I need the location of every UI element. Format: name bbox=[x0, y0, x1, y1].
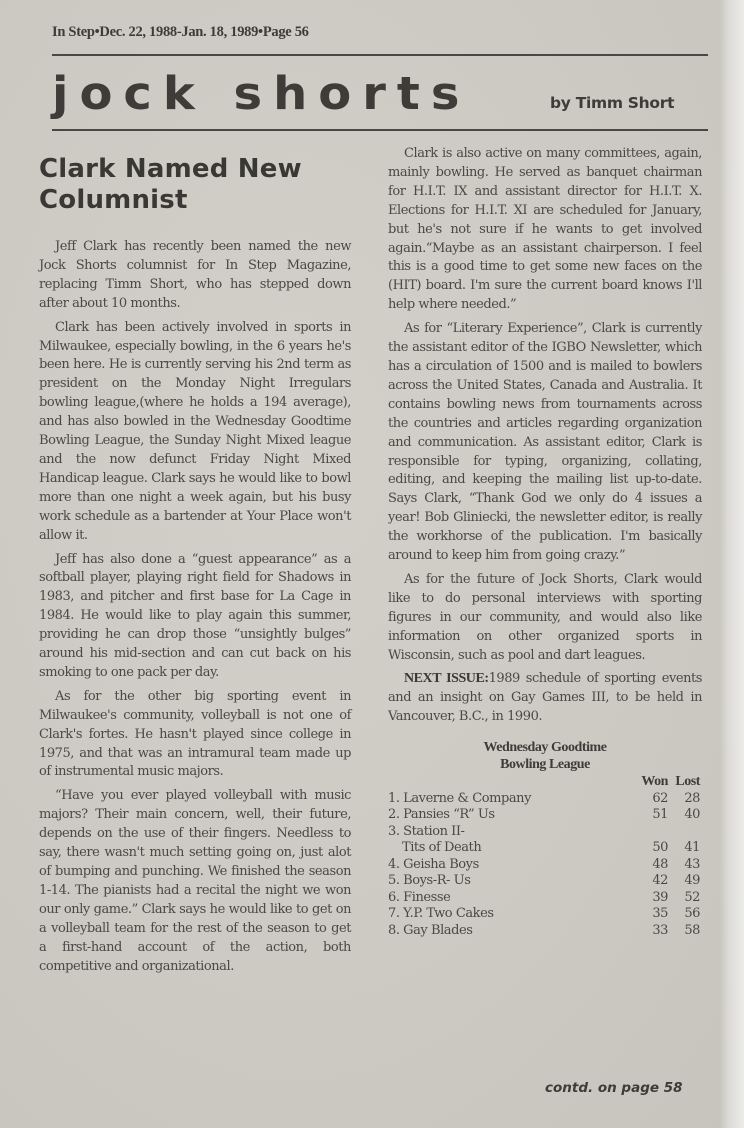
team-name: 8. Gay Blades bbox=[388, 923, 634, 940]
won-value: 35 bbox=[634, 906, 668, 923]
won-column-header: Won bbox=[634, 774, 668, 791]
standings-title-line2: Bowling League bbox=[388, 756, 702, 773]
won-value: 51 bbox=[634, 807, 668, 824]
article-paragraph: Jeff has also done a “guest appearance” … bbox=[39, 551, 351, 683]
won-value: 42 bbox=[634, 873, 668, 890]
lost-value: 28 bbox=[668, 791, 700, 808]
table-row: 4. Geisha Boys 48 43 bbox=[388, 857, 700, 874]
lost-value: 58 bbox=[668, 923, 700, 940]
team-name: 4. Geisha Boys bbox=[388, 857, 634, 874]
won-value bbox=[634, 824, 668, 841]
column-masthead: jock shorts bbox=[52, 67, 470, 120]
next-issue-paragraph: NEXT ISSUE:1989 schedule of sporting eve… bbox=[388, 670, 702, 727]
team-name: 7. Y.P. Two Cakes bbox=[388, 906, 634, 923]
won-value: 48 bbox=[634, 857, 668, 874]
team-name: 3. Station II- bbox=[388, 824, 634, 841]
article-paragraph: As for the other big sporting event in M… bbox=[39, 688, 351, 783]
lost-value bbox=[668, 824, 700, 841]
right-column: Clark is also active on many committees,… bbox=[388, 145, 702, 939]
standings-header-row: Won Lost bbox=[388, 774, 700, 791]
article-paragraph: “Have you ever played volleyball with mu… bbox=[39, 787, 351, 976]
article-paragraph: Clark is also active on many committees,… bbox=[388, 145, 702, 315]
lost-value: 49 bbox=[668, 873, 700, 890]
won-value: 33 bbox=[634, 923, 668, 940]
lost-value: 52 bbox=[668, 890, 700, 907]
left-column: Clark Named New Columnist Jeff Clark has… bbox=[39, 145, 351, 981]
header-rule-bottom bbox=[52, 129, 708, 131]
lost-value: 41 bbox=[668, 840, 700, 857]
table-row: Tits of Death 50 41 bbox=[388, 840, 700, 857]
article-paragraph: Jeff Clark has recently been named the n… bbox=[39, 238, 351, 314]
article-headline: Clark Named New Columnist bbox=[39, 154, 351, 216]
article-paragraph: Clark has been actively involved in spor… bbox=[39, 319, 351, 546]
standings-title-line1: Wednesday Goodtime bbox=[388, 739, 702, 756]
table-row: 6. Finesse 39 52 bbox=[388, 890, 700, 907]
byline: by Timm Short bbox=[550, 94, 674, 112]
team-name: 2. Pansies “R” Us bbox=[388, 807, 634, 824]
team-name: 6. Finesse bbox=[388, 890, 634, 907]
header-rule-top bbox=[52, 54, 708, 56]
article-paragraph: As for the future of Jock Shorts, Clark … bbox=[388, 571, 702, 666]
team-name: 5. Boys-R- Us bbox=[388, 873, 634, 890]
lost-column-header: Lost bbox=[668, 774, 700, 791]
table-row: 2. Pansies “R” Us 51 40 bbox=[388, 807, 700, 824]
bowling-standings: Wednesday Goodtime Bowling League Won Lo… bbox=[388, 739, 702, 939]
won-value: 39 bbox=[634, 890, 668, 907]
table-row: 8. Gay Blades 33 58 bbox=[388, 923, 700, 940]
table-row: 3. Station II- bbox=[388, 824, 700, 841]
lost-value: 56 bbox=[668, 906, 700, 923]
continued-note: contd. on page 58 bbox=[545, 1080, 683, 1096]
team-name: Tits of Death bbox=[388, 840, 634, 857]
table-row: 1. Laverne & Company 62 28 bbox=[388, 791, 700, 808]
won-value: 62 bbox=[634, 791, 668, 808]
newspaper-page: In Step•Dec. 22, 1988-Jan. 18, 1989•Page… bbox=[0, 0, 744, 1128]
article-paragraph: As for “Literary Experience”, Clark is c… bbox=[388, 320, 702, 566]
standings-table: Won Lost 1. Laverne & Company 62 28 2. P… bbox=[388, 774, 700, 939]
lost-value: 43 bbox=[668, 857, 700, 874]
team-name: 1. Laverne & Company bbox=[388, 791, 634, 808]
won-value: 50 bbox=[634, 840, 668, 857]
table-row: 7. Y.P. Two Cakes 35 56 bbox=[388, 906, 700, 923]
page-folio: In Step•Dec. 22, 1988-Jan. 18, 1989•Page… bbox=[52, 24, 309, 41]
lost-value: 40 bbox=[668, 807, 700, 824]
next-issue-label: NEXT ISSUE: bbox=[404, 671, 489, 686]
table-row: 5. Boys-R- Us 42 49 bbox=[388, 873, 700, 890]
